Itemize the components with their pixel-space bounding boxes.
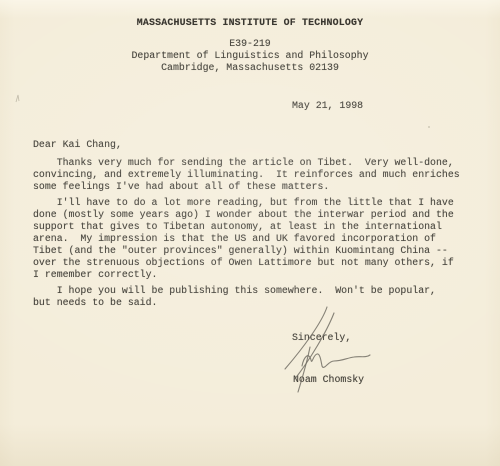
signature-name: Noam Chomsky bbox=[293, 374, 500, 386]
stray-pencil-mark-icon bbox=[14, 94, 22, 104]
salutation: Dear Kai Chang, bbox=[33, 139, 500, 151]
letterhead-room: E39-219 bbox=[0, 38, 500, 50]
letterhead-institution: MASSACHUSETTS INSTITUTE OF TECHNOLOGY bbox=[0, 17, 500, 29]
letterhead-address: Cambridge, Massachusetts 02139 bbox=[0, 62, 500, 74]
stray-dot-icon bbox=[428, 126, 430, 128]
letter-date: May 21, 1998 bbox=[292, 100, 500, 112]
letterhead: MASSACHUSETTS INSTITUTE OF TECHNOLOGY E3… bbox=[0, 0, 500, 74]
closing: Sincerely, bbox=[292, 332, 500, 344]
letterhead-department: Department of Linguistics and Philosophy bbox=[0, 50, 500, 62]
letter-page: MASSACHUSETTS INSTITUTE OF TECHNOLOGY E3… bbox=[0, 0, 500, 466]
paragraph-2: I'll have to do a lot more reading, but … bbox=[33, 197, 500, 281]
paragraph-3: I hope you will be publishing this somew… bbox=[33, 285, 500, 309]
paragraph-1: Thanks very much for sending the article… bbox=[33, 157, 500, 193]
